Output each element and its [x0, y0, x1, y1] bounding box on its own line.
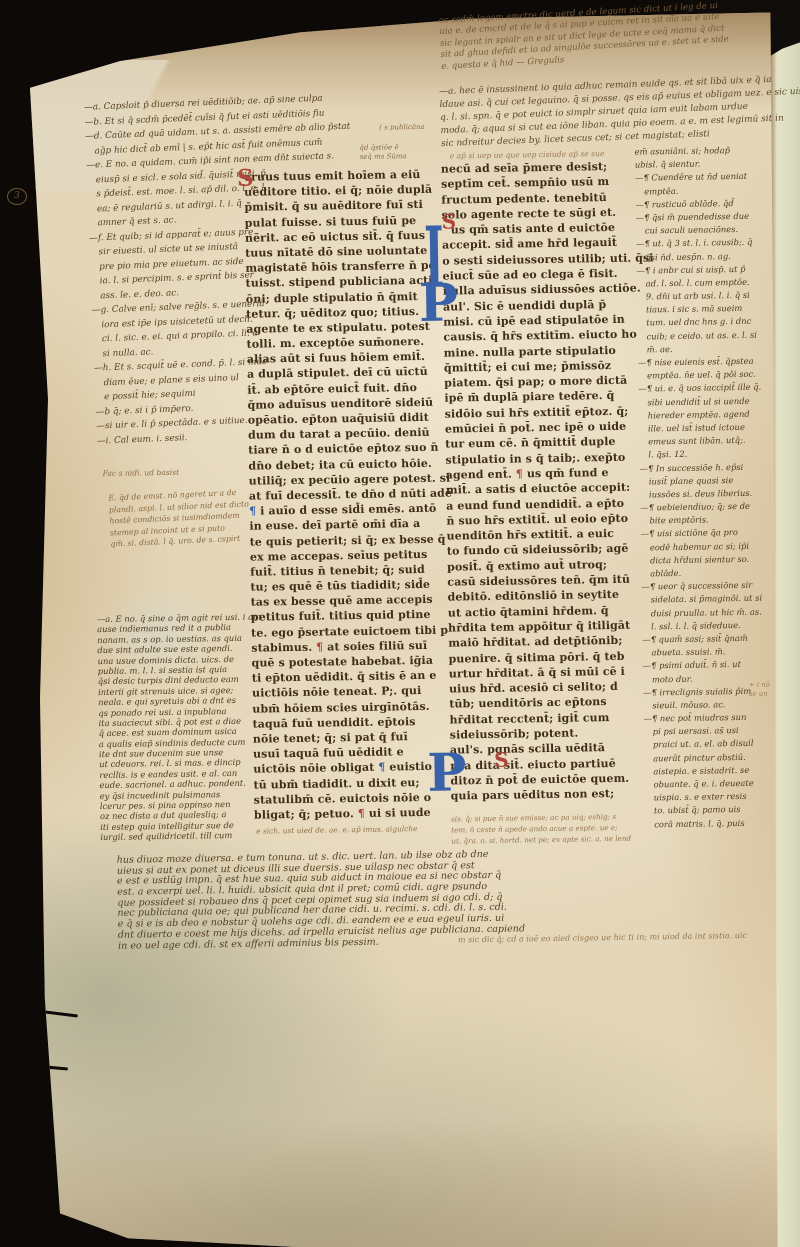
interlinear-note: ( s publicāna — [379, 123, 425, 132]
intercolumn-note: q̄d q̄stiōe ēseq̄ ms Sūma — [359, 143, 437, 162]
rubricated-initial-s-column1: S — [237, 167, 254, 190]
top-margin-annotation: oc scdm̄ legem emctre dic uerd e de legu… — [438, 0, 773, 73]
text-layer: oc scdm̄ legem emctre dic uerd e de legu… — [0, 0, 800, 1247]
right-edge-tiny-note: + i nōse un — [749, 680, 795, 698]
right-margin-gloss: em̄ asuniāni. si; hodap̄ubisl. q̄ sientu… — [635, 145, 778, 833]
column-1-subscript-line: e sich. ust uied de. ae. e. ap̄ imus. ai… — [256, 824, 417, 836]
main-text-column-2: necū ad seīa p̄mere desist;septīm cet̄. … — [441, 160, 649, 805]
rubricated-initial-s-upper: S — [442, 211, 457, 231]
illuminated-initial-p-paulus-2: P — [427, 747, 467, 800]
top-margin-annotation-2: —a. hec ē insussinent io quia adhuc rema… — [439, 75, 773, 152]
manuscript-photo: 3 oc scdm̄ legem emctre dic uerd e de le… — [0, 0, 800, 1247]
left-margin-note-heading: Fac s nidi. ud basist — [103, 468, 180, 478]
illuminated-initial-p-paulus: P — [419, 277, 459, 330]
rubricated-initial-s-lower: S — [494, 750, 509, 770]
main-text-column-1: eruus tuus emit hoīem a eiūuēditore titi… — [244, 168, 452, 824]
